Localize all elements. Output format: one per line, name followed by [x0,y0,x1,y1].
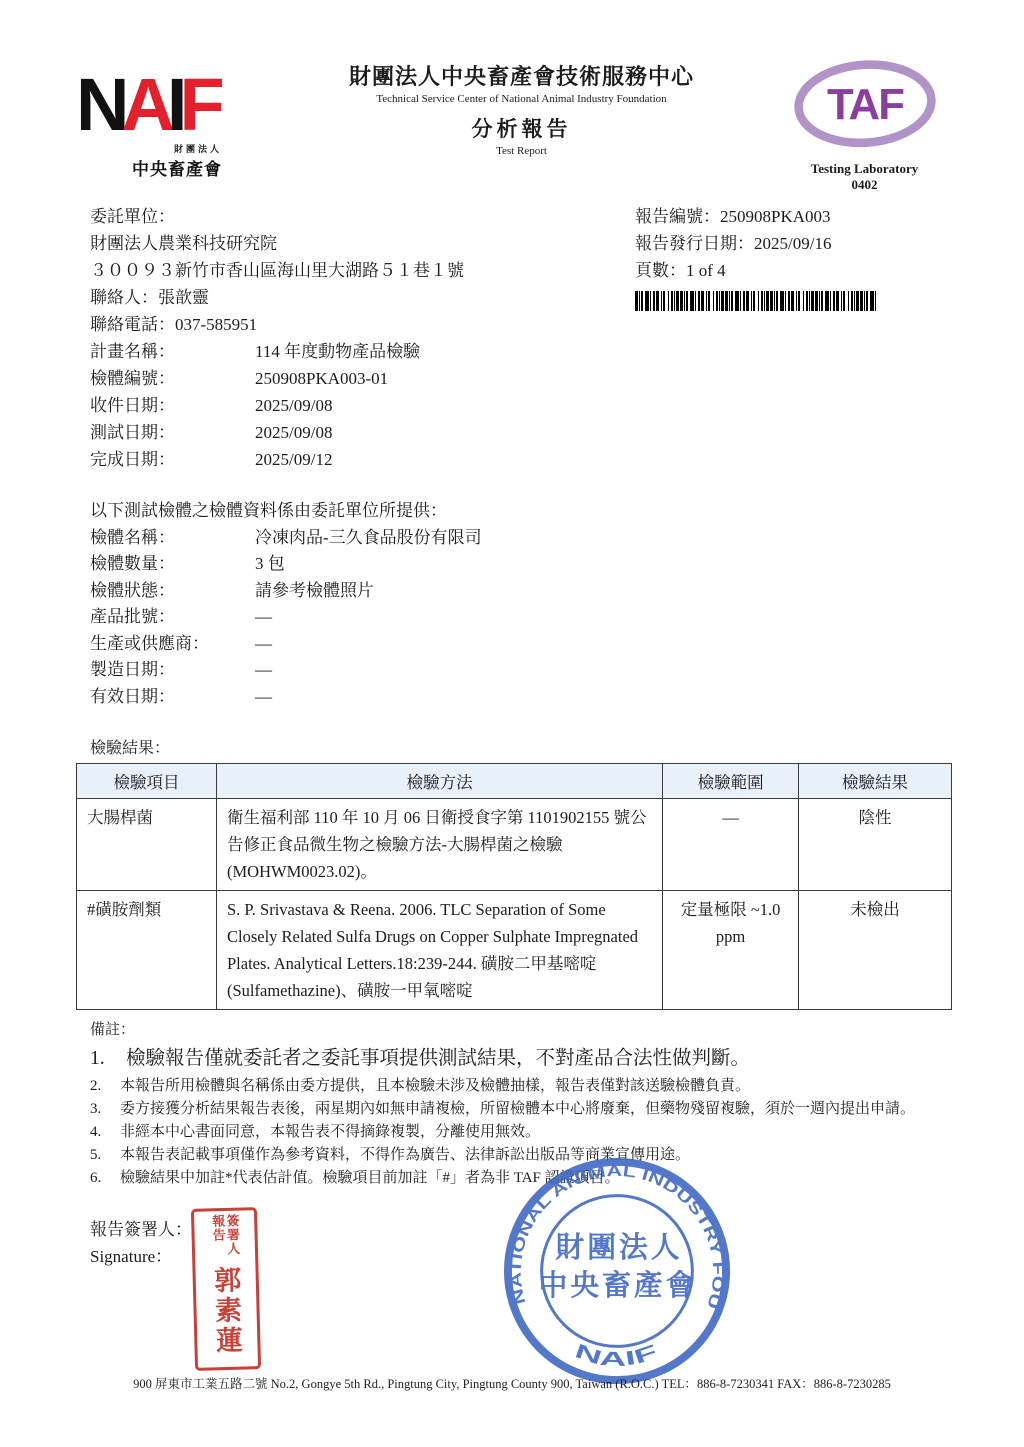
field-value: 250908PKA003-01 [255,365,388,392]
taf-label: Testing Laboratory [777,161,952,177]
note-text: 非經本中心書面同意，本報告表不得摘錄複製，分離使用無效。 [120,1121,540,1144]
signer-stamp-col: 報告 [210,1214,226,1264]
title-block: 財團法人中央畜產會技術服務中心 Technical Service Center… [266,52,777,157]
field-value: 請參考檢體照片 [255,578,374,605]
note-item: 2. 本報告所用檢體與名稱係由委方提供，且本檢驗未涉及檢體抽樣，報告表僅對該送驗… [90,1075,952,1098]
notes-title: 備註： [90,1018,952,1042]
field-value: — [255,684,272,711]
org-seal: NATIONAL ANIMAL INDUSTRY FOUNDATION NAIF… [498,1152,736,1390]
field-value: — [255,657,272,684]
results-table: 檢驗項目 檢驗方法 檢驗範圍 檢驗結果 大腸桿菌 衛生福利部 110 年 10 … [76,763,952,1010]
note-number: 6. [90,1167,120,1190]
naif-letter: N [76,63,121,146]
column-header: 檢驗項目 [77,764,217,799]
field-row: 檢體名稱： 冷凍肉品-三久食品股份有限司 [90,525,952,552]
field-label: 生產或供應商： [90,631,255,658]
field-label: 完成日期： [90,446,255,473]
note-item: 3. 委方接獲分析結果報告表後，兩星期內如無申請複檢，所留檢體本中心將廢棄，但藥… [90,1098,952,1121]
taf-wordmark: TAF [827,80,904,129]
field-value: 250908PKA003 [720,203,831,230]
footer-address: 900 屏東市工業五路二號 No.2, Gongye 5th Rd., Ping… [0,1374,1024,1392]
org-name-zh: 財團法人中央畜產會技術服務中心 [266,60,777,91]
field-label: 製造日期： [90,657,255,684]
field-value: 2025/09/08 [255,419,332,446]
signer-stamp-title: 簽署人 報告 [210,1214,240,1265]
info-section: 委託單位： 財團法人農業科技研究院 ３００９３新竹市香山區海山里大湖路５１巷１號… [90,203,952,473]
field-row: 產品批號： — [90,604,952,631]
client-block: 委託單位： 財團法人農業科技研究院 ３００９３新竹市香山區海山里大湖路５１巷１號… [90,203,635,473]
note-item: 1. 檢驗報告僅就委託者之委託事項提供測試結果，不對產品合法性做判斷。 [90,1042,952,1075]
field-value: 2025/09/12 [255,446,332,473]
field-label: 檢體編號： [90,365,255,392]
note-text: 檢驗報告僅就委託者之委託事項提供測試結果，不對產品合法性做判斷。 [126,1042,750,1075]
cell-item: #磺胺劑類 [77,891,217,1010]
field-label: 報告編號： [635,203,720,230]
report-meta-block: 報告編號： 250908PKA003 報告發行日期： 2025/09/16 頁數… [635,203,952,473]
column-header: 檢驗方法 [217,764,663,799]
cell-item: 大腸桿菌 [77,799,217,891]
field-row: 製造日期： — [90,657,952,684]
seal-center-line2: 中央畜產會 [539,1269,698,1302]
field-row: 檢體編號： 250908PKA003-01 [90,365,635,392]
seal-center-line1: 財團法人 [556,1232,683,1264]
client-label: 委託單位： [90,203,635,230]
note-number: 4. [90,1121,120,1144]
note-text: 本報告所用檢體與名稱係由委方提供，且本檢驗未涉及檢體抽樣，報告表僅對該送驗檢體負… [120,1075,750,1098]
field-value: 冷凍肉品-三久食品股份有限司 [255,525,482,552]
barcode [635,291,952,316]
sample-intro: 以下測試檢體之檢體資料係由委託單位所提供： [90,498,952,525]
client-contact: 聯絡人：張歆靈 [90,284,635,311]
field-row: 檢體數量： 3 包 [90,551,952,578]
signer-stamp-name: 郭素蓮 [206,1265,247,1356]
field-value: 2025/09/16 [754,230,831,257]
field-row: 計畫名稱： 114 年度動物產品檢驗 [90,338,635,365]
field-value: 1 of 4 [686,257,726,284]
field-label: 檢體名稱： [90,525,255,552]
field-row: 測試日期： 2025/09/08 [90,419,635,446]
naif-logo-wordmark: NAIF [76,70,266,140]
field-label: 頁數： [635,257,686,284]
field-value: 2025/09/08 [255,392,332,419]
field-row: 收件日期： 2025/09/08 [90,392,635,419]
field-label: 收件日期： [90,392,255,419]
cell-result: 陰性 [798,799,951,891]
field-label: 產品批號： [90,604,255,631]
taf-logo: TAF Testing Laboratory 0402 [777,52,952,193]
org-name-en: Technical Service Center of National Ani… [266,93,777,105]
field-row: 生產或供應商： — [90,631,952,658]
header: NAIF 財團法人 中央畜產會 財團法人中央畜產會技術服務中心 Technica… [76,52,952,193]
naif-letter: I [167,63,180,146]
field-label: 有效日期： [90,684,255,711]
taf-ellipse-icon: TAF [789,60,941,155]
field-row: 有效日期： — [90,684,952,711]
note-number: 3. [90,1098,120,1121]
field-value: 114 年度動物產品檢驗 [255,338,420,365]
note-number: 2. [90,1075,120,1098]
cell-range: — [663,799,799,891]
note-number: 1. [90,1042,126,1075]
note-text: 委方接獲分析結果報告表後，兩星期內如無申請複檢，所留檢體本中心將廢棄，但藥物殘留… [120,1098,915,1121]
note-number: 5. [90,1144,120,1167]
field-label: 計畫名稱： [90,338,255,365]
sample-section: 以下測試檢體之檢體資料係由委託單位所提供： 檢體名稱： 冷凍肉品-三久食品股份有… [90,498,952,710]
table-row: #磺胺劑類 S. P. Srivastava & Reena. 2006. TL… [77,891,952,1010]
report-page: NAIF 財團法人 中央畜產會 財團法人中央畜產會技術服務中心 Technica… [0,0,1024,1447]
field-value: — [255,604,272,631]
client-phone: 聯絡電話：037-585951 [90,311,635,338]
cell-range: 定量極限 ~1.0 ppm [663,891,799,1010]
field-value: 3 包 [255,551,285,578]
field-label: 測試日期： [90,419,255,446]
field-label: 報告發行日期： [635,230,754,257]
client-name: 財團法人農業科技研究院 [90,230,635,257]
results-title: 檢驗結果： [90,735,952,758]
report-title-en: Test Report [266,145,777,157]
table-header-row: 檢驗項目 檢驗方法 檢驗範圍 檢驗結果 [77,764,952,799]
naif-letter: A [121,63,166,146]
field-row: 完成日期： 2025/09/12 [90,446,635,473]
field-row: 頁數： 1 of 4 [635,257,952,284]
svg-text:NAIF: NAIF [572,1340,660,1371]
cell-method: S. P. Srivastava & Reena. 2006. TLC Sepa… [217,891,663,1010]
client-address: ３００９３新竹市香山區海山里大湖路５１巷１號 [90,257,635,284]
seal-bottom-text: NAIF [572,1340,660,1371]
column-header: 檢驗範圍 [663,764,799,799]
report-title-zh: 分析報告 [266,113,777,143]
field-label: 檢體狀態： [90,578,255,605]
barcode-icon [635,291,877,311]
naif-logo-subtitle: 財團法人 中央畜產會 [76,142,236,180]
field-row: 報告發行日期： 2025/09/16 [635,230,952,257]
naif-logo: NAIF 財團法人 中央畜產會 [76,52,266,180]
table-row: 大腸桿菌 衛生福利部 110 年 10 月 06 日衛授食字第 11019021… [77,799,952,891]
signer-stamp-col: 簽署人 [224,1214,240,1264]
field-row: 檢體狀態： 請參考檢體照片 [90,578,952,605]
cell-result: 未檢出 [798,891,951,1010]
field-label: 檢體數量： [90,551,255,578]
field-row: 報告編號： 250908PKA003 [635,203,952,230]
note-item: 4. 非經本中心書面同意，本報告表不得摘錄複製，分離使用無效。 [90,1121,952,1144]
column-header: 檢驗結果 [798,764,951,799]
naif-sub2: 中央畜產會 [76,155,222,180]
field-value: — [255,631,272,658]
naif-letter: F [179,63,216,146]
cell-method: 衛生福利部 110 年 10 月 06 日衛授食字第 1101902155 號公… [217,799,663,891]
taf-number: 0402 [777,177,952,193]
signer-stamp: 簽署人 報告 郭素蓮 [191,1207,261,1371]
